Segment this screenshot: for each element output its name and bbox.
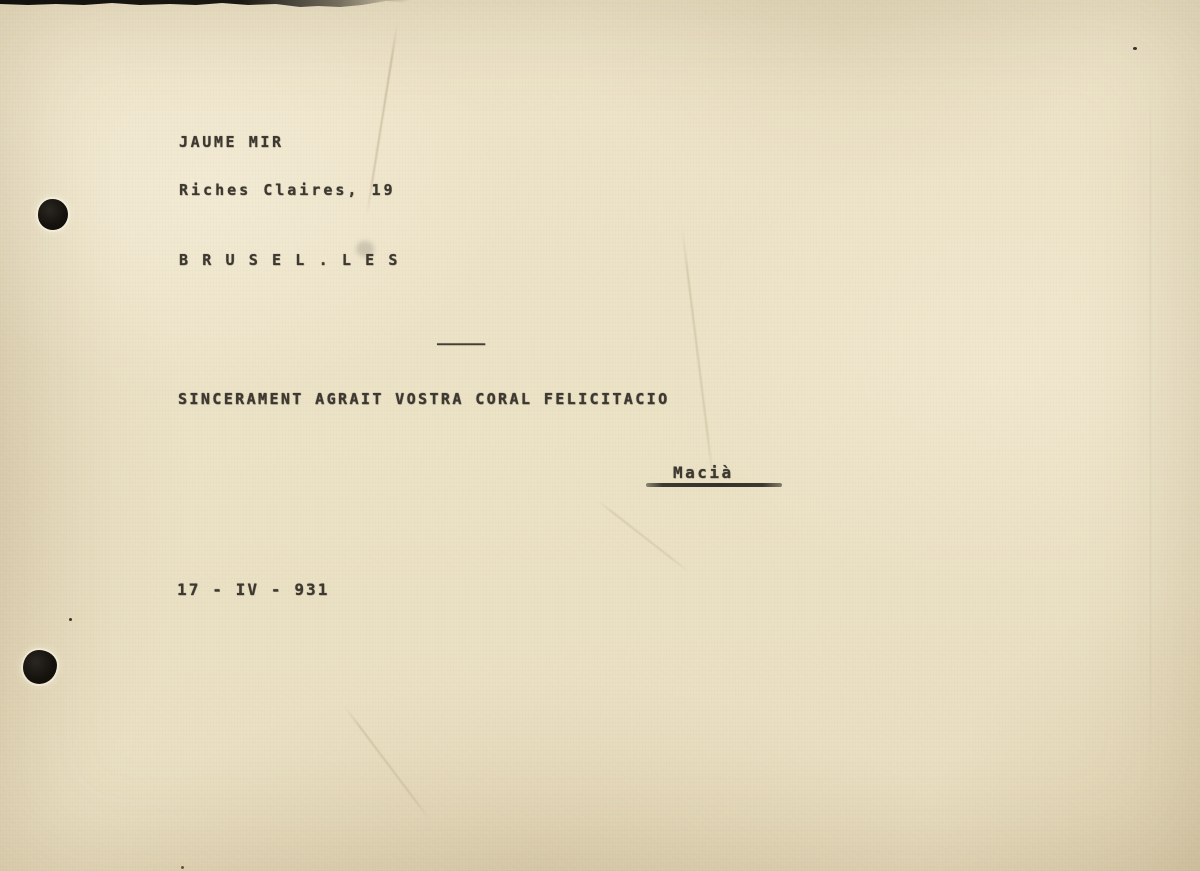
document-paper: JAUME MIR Riches Claires, 19 B R U S E L… (0, 0, 1200, 871)
recipient-street: Riches Claires, 19 (179, 181, 396, 199)
signature-underline (646, 483, 782, 487)
date-line: 17 - IV - 931 (177, 580, 330, 599)
ink-speck (181, 866, 184, 869)
paper-grain-texture (0, 0, 1200, 871)
ink-speck (69, 618, 72, 621)
paper-crease (343, 706, 430, 820)
paper-crease (681, 229, 714, 485)
scanner-edge-artifact (0, 0, 412, 8)
ink-speck (1133, 47, 1137, 50)
message-text: SINCERAMENT AGRAIT VOSTRA CORAL FELICITA… (178, 390, 670, 408)
punch-hole-bottom (23, 650, 57, 684)
paper-crease (1150, 55, 1151, 815)
punch-hole-top (38, 199, 68, 230)
recipient-name: JAUME MIR (179, 133, 284, 151)
paper-crease (597, 500, 691, 574)
recipient-city: B R U S E L . L E S (179, 251, 400, 269)
signature-name: Macià (673, 463, 734, 482)
separator-dash: ————— (437, 335, 485, 351)
